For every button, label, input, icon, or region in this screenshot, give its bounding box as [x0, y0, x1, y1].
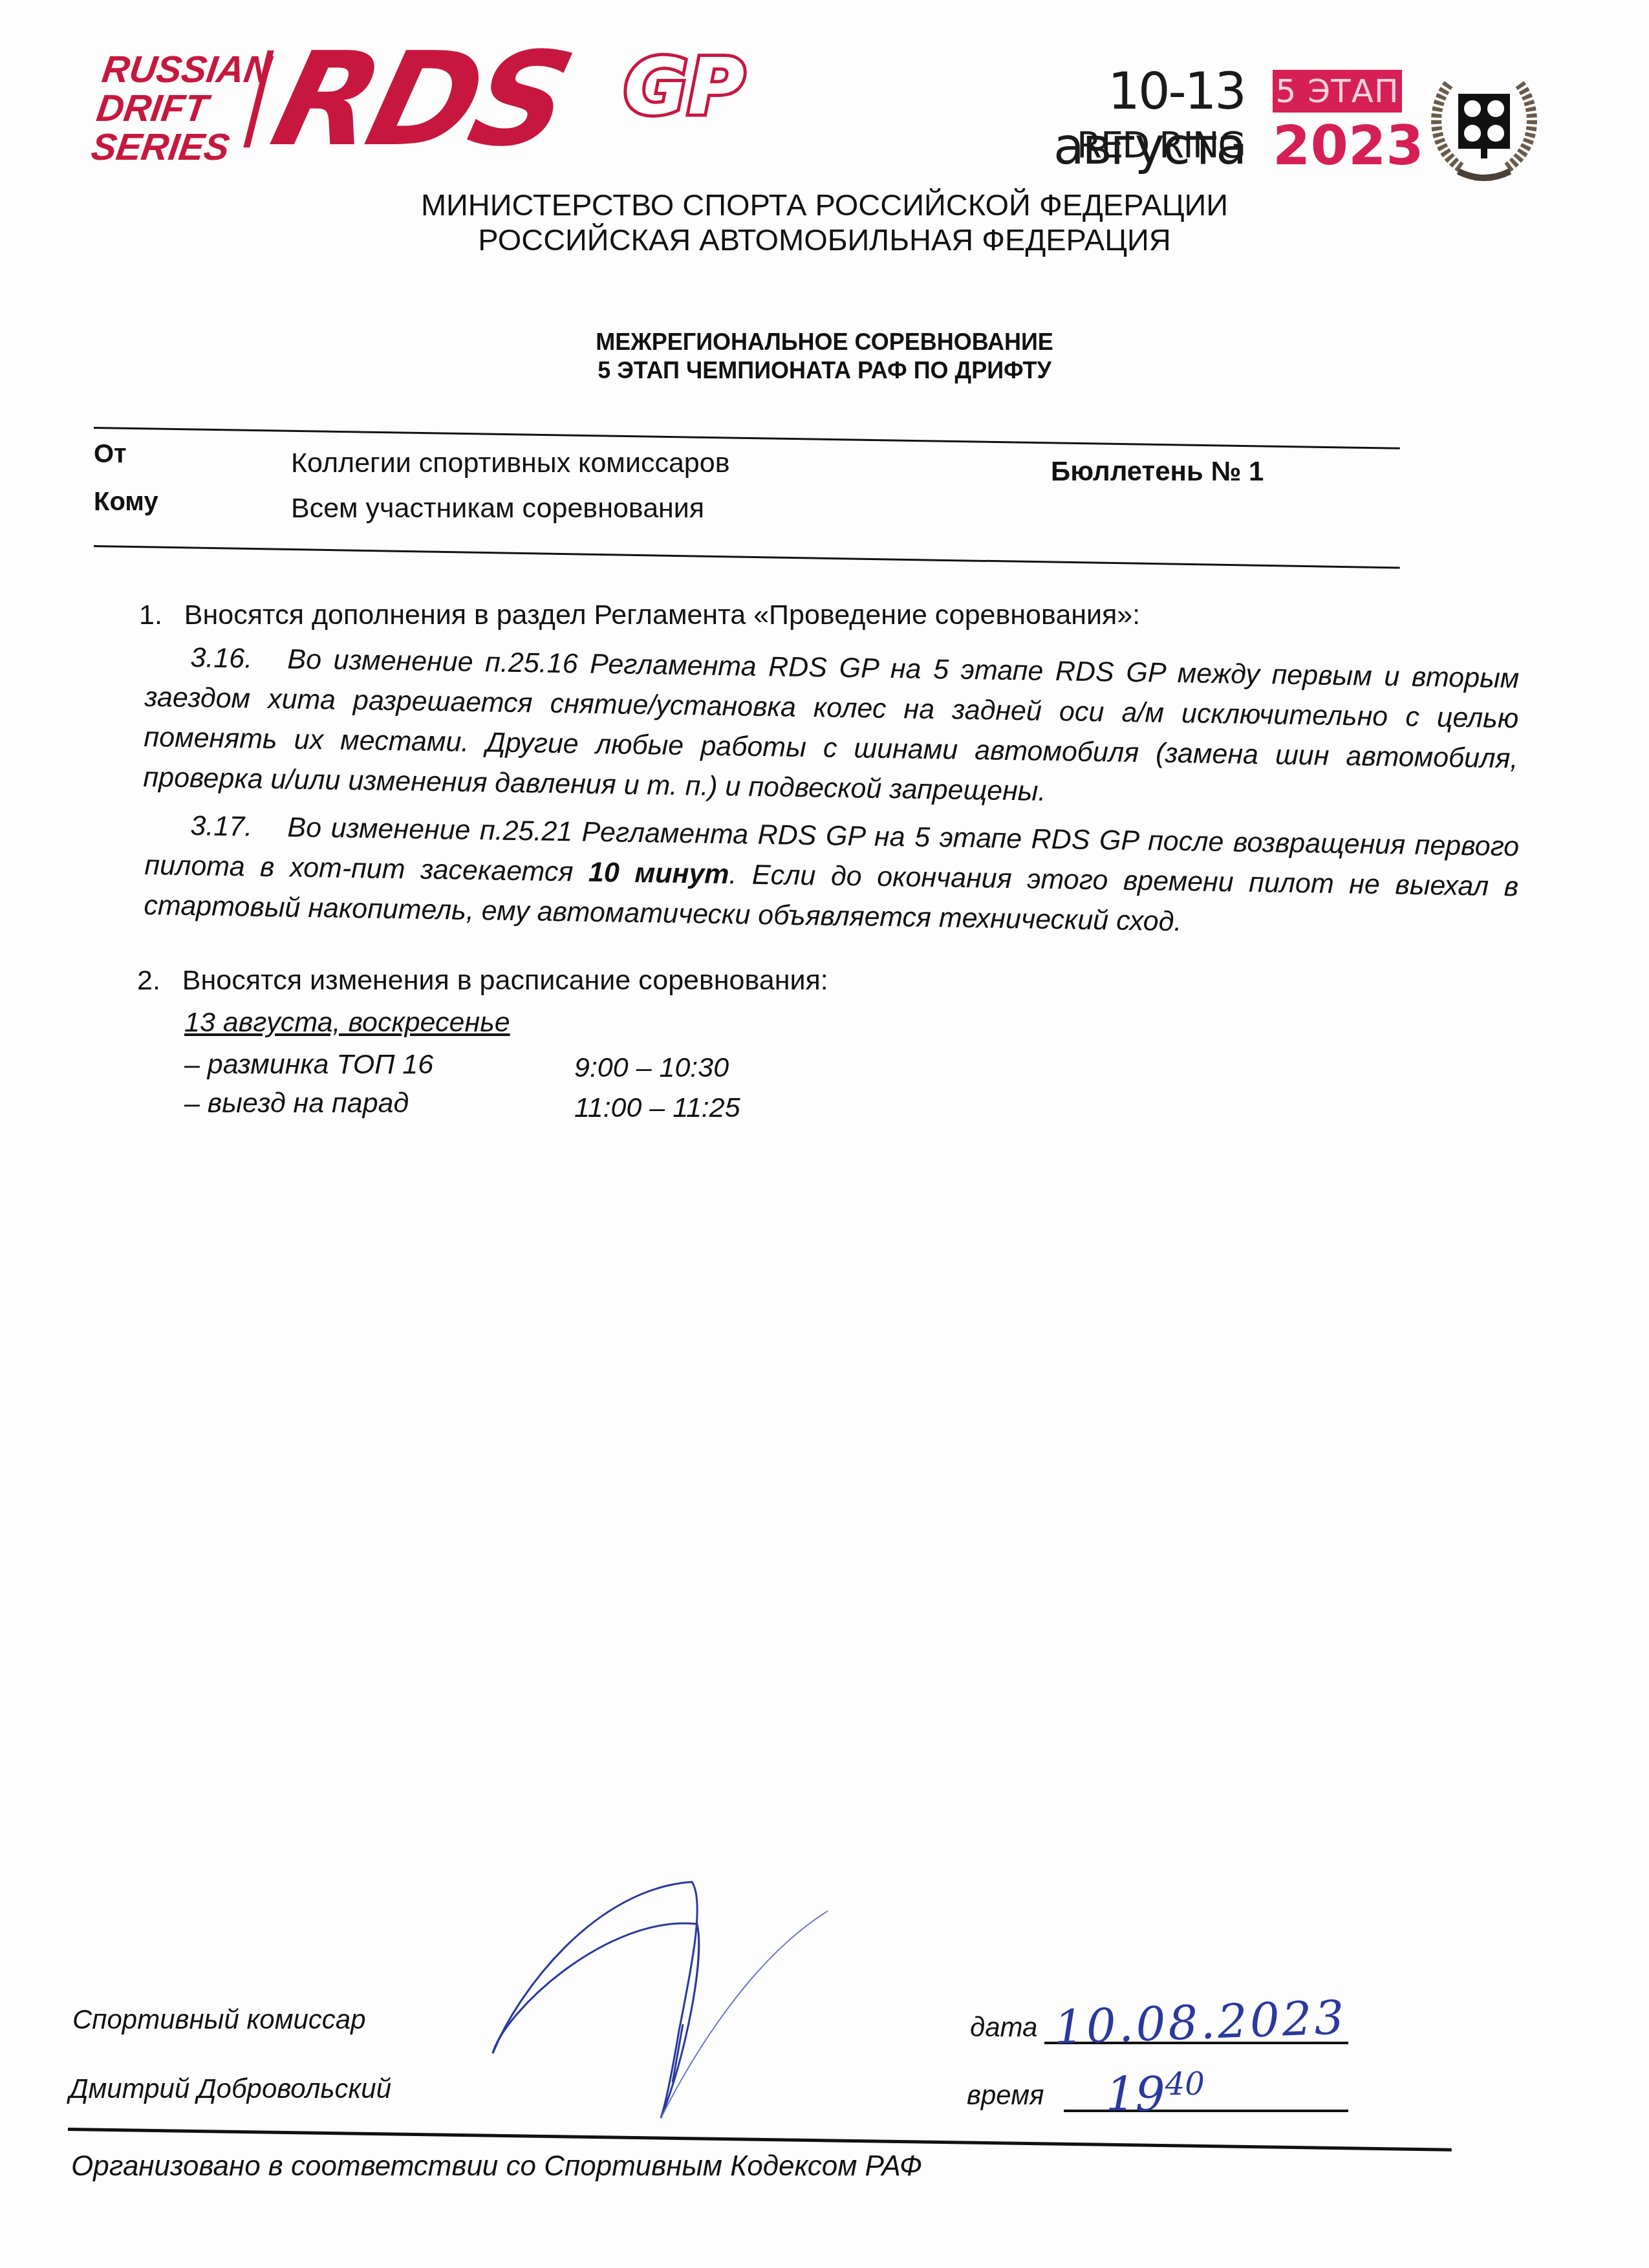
divider-bottom [94, 545, 1400, 568]
event-venue: RED RING [1035, 123, 1245, 168]
section-2-number: 2. [137, 965, 160, 996]
section-1: 1. Вносятся дополнения в раздел Регламен… [139, 595, 1140, 635]
clause-3-16: 3.16.Во изменение п.25.16 Регламента RDS… [143, 637, 1520, 819]
date-handwritten: 10.08.2023 [1053, 1990, 1348, 2055]
document-title: МЕЖРЕГИОНАЛЬНОЕ СОРЕВНОВАНИЕ [0, 329, 1649, 356]
date-label: дата [970, 2011, 1037, 2044]
clause-number: 3.16. [190, 638, 288, 679]
clause-number: 3.17. [190, 806, 288, 847]
raf-emblem-icon [1423, 65, 1546, 188]
bulletin-number: Бюллетень № 1 [1051, 456, 1264, 487]
signer-role: Спортивный комиссар [72, 2003, 366, 2036]
section-1-heading: Вносятся дополнения в раздел Регламента … [184, 599, 1140, 631]
org-ministry: МИНИСТЕРСТВО СПОРТА РОССИЙСКОЙ ФЕДЕРАЦИИ [0, 188, 1649, 222]
logo-series-text: RUSSIAN DRIFT SERIES [89, 50, 202, 167]
stage-year: 2023 [1273, 116, 1402, 175]
logo-brand-suffix: GP [624, 45, 744, 129]
footer-note: Организовано в соответствии со Спортивны… [71, 2150, 922, 2183]
signer-name: Дмитрий Добровольский [69, 2073, 391, 2105]
schedule-time: 11:00 – 11:25 [574, 1088, 740, 1128]
clause-text: Во изменение п.25.16 Регламента RDS GP н… [143, 643, 1519, 806]
signature-scribble [479, 1863, 841, 2134]
schedule-day: 13 августа, воскресенье [184, 1002, 510, 1042]
stage-badge: 5 ЭТАП [1273, 70, 1402, 113]
divider-top [94, 427, 1400, 449]
from-label: От [94, 438, 127, 470]
time-handwritten: 1940 [1106, 2066, 1205, 2122]
section-1-number: 1. [139, 599, 162, 631]
section-2-heading: Вносятся изменения в расписание соревнов… [182, 965, 828, 996]
time-hours: 19 [1106, 2068, 1165, 2122]
schedule-activity: – выезд на парад [184, 1083, 409, 1123]
org-federation: РОССИЙСКАЯ АВТОМОБИЛЬНАЯ ФЕДЕРАЦИЯ [0, 222, 1649, 257]
schedule-activity: – разминка ТОП 16 [184, 1044, 433, 1085]
from-value: Коллегии спортивных комиссаров [291, 448, 730, 479]
clause-3-17: 3.17.Во изменение п.25.21 Регламента RDS… [144, 805, 1520, 947]
document-subtitle: 5 ЭТАП ЧЕМПИОНАТА РАФ ПО ДРИФТУ [0, 357, 1649, 384]
section-2: 2. Вносятся изменения в расписание сорев… [137, 960, 828, 1000]
time-label: время [967, 2079, 1044, 2111]
clause-highlight: 10 минут [588, 857, 729, 890]
to-value: Всем участникам соревнования [291, 493, 704, 524]
logo-brand: RDS [263, 39, 577, 162]
time-minutes: 40 [1165, 2066, 1205, 2102]
schedule-time: 9:00 – 10:30 [574, 1048, 729, 1088]
to-label: Кому [94, 486, 158, 517]
